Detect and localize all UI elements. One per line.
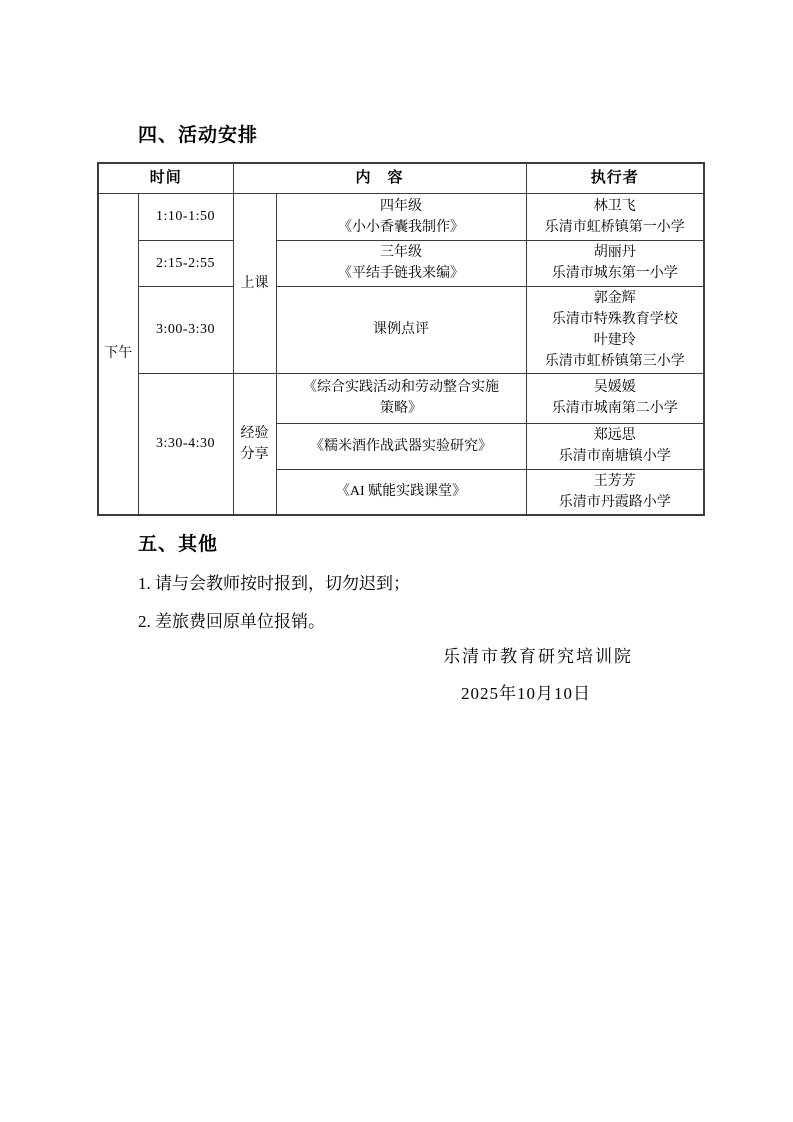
executor-school: 乐清市丹霞路小学 [530,492,701,513]
executor-name: 叶建玲 [530,330,701,351]
executor-school: 乐清市虹桥镇第一小学 [530,217,701,238]
signature-date: 2025年10月10日 [97,682,703,706]
table-row: 3:30-4:30 经验 分享 《综合实践活动和劳动整合实施 策略》 吴媛媛 乐… [98,373,704,423]
session-label-line: 经验 [237,423,273,444]
executor-cell: 王芳芳 乐清市丹霞路小学 [526,469,704,515]
content-cell: 《综合实践活动和劳动整合实施 策略》 [276,373,526,423]
executor-name: 郭金辉 [530,288,701,309]
executor-name: 胡丽丹 [530,242,701,263]
content-line: 《糯米酒作战武器实验研究》 [280,436,523,457]
content-line: 《小小香囊我制作》 [280,217,523,238]
session-label-experience: 经验 分享 [233,373,276,515]
executor-school: 乐清市城东第一小学 [530,263,701,284]
executor-name: 王芳芳 [530,471,701,492]
content-line: 课例点评 [280,319,523,340]
time-cell: 3:00-3:30 [138,286,233,373]
content-cell: 《糯米酒作战武器实验研究》 [276,423,526,469]
content-line: 三年级 [280,242,523,263]
executor-cell: 胡丽丹 乐清市城东第一小学 [526,240,704,286]
executor-school: 乐清市虹桥镇第三小学 [530,351,701,372]
executor-cell: 吴媛媛 乐清市城南第二小学 [526,373,704,423]
session-label-class: 上课 [233,193,276,373]
content-line: 《平结手链我来编》 [280,263,523,284]
content-line: 《AI 赋能实践课堂》 [280,481,523,502]
signature-block: 乐清市教育研究培训院 2025年10月10日 [97,645,703,706]
executor-name: 吴媛媛 [530,377,701,398]
executor-name: 郑远思 [530,425,701,446]
note-item: 1. 请与会教师按时报到，切勿迟到； [138,572,703,596]
time-cell: 3:30-4:30 [138,373,233,515]
table-row: 3:00-3:30 课例点评 郭金辉 乐清市特殊教育学校 叶建玲 乐清市虹桥镇第… [98,286,704,373]
content-cell: 课例点评 [276,286,526,373]
content-line: 《综合实践活动和劳动整合实施 [280,377,523,398]
signature-organization: 乐清市教育研究培训院 [97,645,703,669]
content-line: 四年级 [280,196,523,217]
executor-name: 林卫飞 [530,196,701,217]
executor-school: 乐清市南塘镇小学 [530,446,701,467]
table-row: 下午 1:10-1:50 上课 四年级 《小小香囊我制作》 林卫飞 乐清市虹桥镇… [98,193,704,240]
column-header-content: 内 容 [233,163,526,193]
column-header-executor: 执行者 [526,163,704,193]
table-header-row: 时间 内 容 执行者 [98,163,704,193]
table-row: 2:15-2:55 三年级 《平结手链我来编》 胡丽丹 乐清市城东第一小学 [98,240,704,286]
content-cell: 四年级 《小小香囊我制作》 [276,193,526,240]
time-cell: 2:15-2:55 [138,240,233,286]
content-cell: 《AI 赋能实践课堂》 [276,469,526,515]
column-header-time: 时间 [98,163,233,193]
executor-cell: 郑远思 乐清市南塘镇小学 [526,423,704,469]
period-cell: 下午 [98,193,138,515]
session-label-line: 分享 [237,444,273,465]
content-line: 策略》 [280,398,523,419]
section-other-heading: 五、其他 [138,532,703,558]
executor-cell: 郭金辉 乐清市特殊教育学校 叶建玲 乐清市虹桥镇第三小学 [526,286,704,373]
executor-school: 乐清市城南第二小学 [530,398,701,419]
time-cell: 1:10-1:50 [138,193,233,240]
content-cell: 三年级 《平结手链我来编》 [276,240,526,286]
executor-school: 乐清市特殊教育学校 [530,309,701,330]
executor-cell: 林卫飞 乐清市虹桥镇第一小学 [526,193,704,240]
document-page: 四、活动安排 时间 内 容 执行者 下午 1:10-1:50 上课 四年级 《小… [0,0,793,1122]
section-activities-heading: 四、活动安排 [138,123,703,149]
schedule-table: 时间 内 容 执行者 下午 1:10-1:50 上课 四年级 《小小香囊我制作》… [97,162,705,516]
note-item: 2. 差旅费回原单位报销。 [138,610,703,634]
